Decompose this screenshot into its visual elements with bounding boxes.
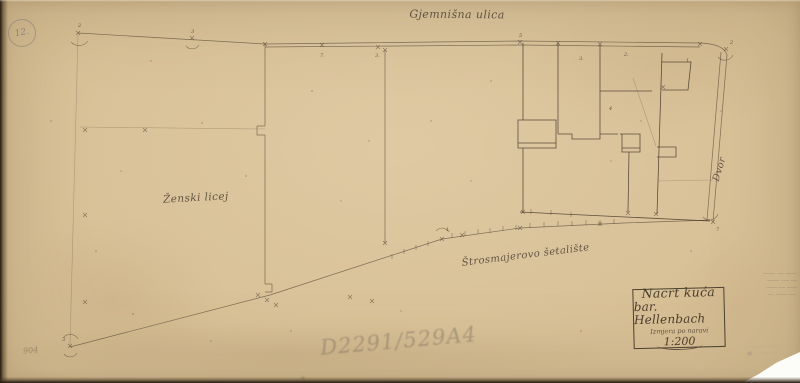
parcel-point-label: 2. (623, 52, 629, 58)
parcel-point-label: 5 (519, 33, 522, 39)
small-annex (657, 147, 676, 157)
page-number-text: 12. (14, 27, 30, 39)
parcel-point-label: 7. (320, 53, 325, 59)
promenade-edge-line (70, 220, 710, 347)
scanned-site-plan: Gjemnišna ulica Ženski licej Štrosmajero… (0, 0, 800, 383)
courtyard-line (658, 180, 713, 181)
courtyard-label: Dvor (710, 155, 728, 184)
diagonal-tie-line (633, 78, 656, 146)
boundary-left (70, 35, 78, 346)
title-line-2: bar. Hellenbach (634, 299, 725, 327)
parcel-point-label: 4 (608, 106, 612, 112)
parcel-point-label: 3 (191, 29, 194, 35)
pencil-note-line: ――· ··― ·― (740, 278, 797, 285)
parcel-point-label: 1. (686, 58, 691, 64)
parcel-point-label: 2 (77, 23, 81, 29)
title-line-1: Nacrt kuća (641, 285, 715, 300)
pencil-year-note: 904 (23, 345, 39, 355)
pencil-note-line: ·―― ―· ―― (740, 285, 797, 292)
wall-line-f (657, 53, 662, 214)
parcel-point-label: 1. (446, 227, 451, 233)
stair-annex (620, 134, 640, 212)
wall-line-e (600, 45, 652, 134)
parcel-point-label: 3 (62, 337, 65, 343)
parcel-point-label: 2 (729, 40, 733, 46)
pencil-calculation-notes: ·――· ·― ――· ――· ··― ·― ·―― ―· ―― ―· ·―― … (740, 271, 797, 299)
faded-archive-stamp: ········· ····· M ·········· (730, 343, 796, 359)
building-block-bottom (520, 212, 710, 221)
pencil-note-line: ·――· ·― ――· (740, 271, 797, 278)
parcel-point-label: 3. (375, 53, 380, 59)
street-edge-double-line (265, 45, 700, 47)
corner-room (662, 62, 691, 90)
building-lines (80, 43, 713, 292)
pencil-note-line: ―· ·―― ·―· (740, 292, 797, 299)
boundary-right-inner (707, 52, 721, 220)
construction-line (80, 127, 265, 129)
title-block: Nacrt kuća bar. Hellenbach Izmjera po na… (632, 287, 725, 349)
promenade-label: Štrosmajerovo šetalište (461, 241, 590, 269)
wall-line-a (257, 44, 272, 292)
street-name-label: Gjemnišna ulica (409, 8, 504, 22)
small-room (518, 120, 556, 148)
parcel-point-label: 7 (716, 227, 720, 233)
lyceum-label: Ženski licej (162, 188, 230, 205)
survey-cross-marks (68, 31, 728, 348)
title-line-3: Izmjera po naravi (650, 326, 708, 335)
parcel-point-label: 3. (579, 56, 584, 62)
